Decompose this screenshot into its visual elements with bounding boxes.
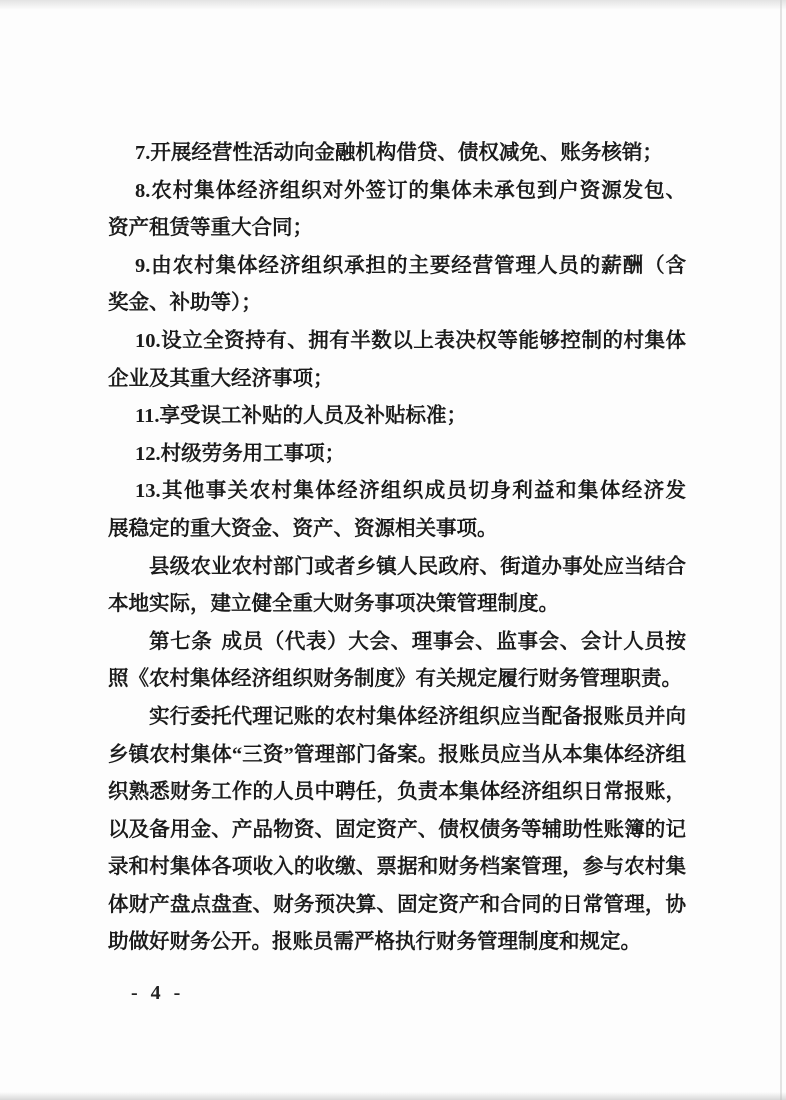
paragraph: 7.开展经营性活动向金融机构借贷、债权减免、账务核销； (108, 135, 686, 173)
scan-edge-top (0, 0, 786, 10)
text-line: 奖金、补助等）； (108, 285, 686, 323)
text-line: 助做好财务公开。报账员需严格执行财务管理制度和规定。 (108, 924, 686, 962)
paragraph: 县级农业农村部门或者乡镇人民政府、街道办事处应当结合本地实际，建立健全重大财务事… (108, 549, 686, 624)
text-line: 10.设立全资持有、拥有半数以上表决权等能够控制的村集体 (108, 323, 686, 361)
paragraph: 11.享受误工补贴的人员及补贴标准； (108, 398, 686, 436)
scan-edge-right (780, 0, 782, 1100)
text-line: 织熟悉财务工作的人员中聘任，负责本集体经济组织日常报账， (108, 774, 686, 812)
text-line: 9.由农村集体经济组织承担的主要经营管理人员的薪酬（含 (108, 248, 686, 286)
text-line: 本地实际，建立健全重大财务事项决策管理制度。 (108, 586, 686, 624)
text-line: 8.农村集体经济组织对外签订的集体未承包到户资源发包、 (108, 173, 686, 211)
paragraph: 10.设立全资持有、拥有半数以上表决权等能够控制的村集体企业及其重大经济事项； (108, 323, 686, 398)
text-line: 7.开展经营性活动向金融机构借贷、债权减免、账务核销； (108, 135, 686, 173)
text-line: 第七条成员（代表）大会、理事会、监事会、会计人员按 (108, 624, 686, 662)
text-line: 县级农业农村部门或者乡镇人民政府、街道办事处应当结合 (108, 549, 686, 587)
paragraph: 13.其他事关农村集体经济组织成员切身利益和集体经济发展稳定的重大资金、资产、资… (108, 473, 686, 548)
paragraph: 12.村级劳务用工事项； (108, 436, 686, 474)
article-number: 第七条 (149, 631, 212, 653)
page-number: - 4 - (131, 982, 184, 1005)
text-line: 乡镇农村集体“三资”管理部门备案。报账员应当从本集体经济组 (108, 737, 686, 775)
text-line: 体财产盘点盘查、财务预决算、固定资产和合同的日常管理，协 (108, 887, 686, 925)
text-line: 11.享受误工补贴的人员及补贴标准； (108, 398, 686, 436)
text-line: 展稳定的重大资金、资产、资源相关事项。 (108, 511, 686, 549)
text-line: 录和村集体各项收入的收缴、票据和财务档案管理，参与农村集 (108, 849, 686, 887)
text-line: 12.村级劳务用工事项； (108, 436, 686, 474)
paragraph: 第七条成员（代表）大会、理事会、监事会、会计人员按照《农村集体经济组织财务制度》… (108, 624, 686, 699)
scanned-page: 7.开展经营性活动向金融机构借贷、债权减免、账务核销；8.农村集体经济组织对外签… (0, 0, 786, 1100)
text-line: 实行委托代理记账的农村集体经济组织应当配备报账员并向 (108, 699, 686, 737)
text-line: 照《农村集体经济组织财务制度》有关规定履行财务管理职责。 (108, 661, 686, 699)
document-body-text: 7.开展经营性活动向金融机构借贷、债权减免、账务核销；8.农村集体经济组织对外签… (108, 135, 686, 962)
text-line: 企业及其重大经济事项； (108, 361, 686, 399)
paragraph: 8.农村集体经济组织对外签订的集体未承包到户资源发包、资产租赁等重大合同； (108, 173, 686, 248)
text-line: 资产租赁等重大合同； (108, 210, 686, 248)
text-line: 以及备用金、产品物资、固定资产、债权债务等辅助性账簿的记 (108, 812, 686, 850)
text-line-content: 成员（代表）大会、理事会、监事会、会计人员按 (221, 631, 686, 653)
paragraph: 实行委托代理记账的农村集体经济组织应当配备报账员并向乡镇农村集体“三资”管理部门… (108, 699, 686, 962)
paragraph: 9.由农村集体经济组织承担的主要经营管理人员的薪酬（含奖金、补助等）； (108, 248, 686, 323)
text-line: 13.其他事关农村集体经济组织成员切身利益和集体经济发 (108, 473, 686, 511)
scan-edge-bottom (0, 1092, 786, 1100)
